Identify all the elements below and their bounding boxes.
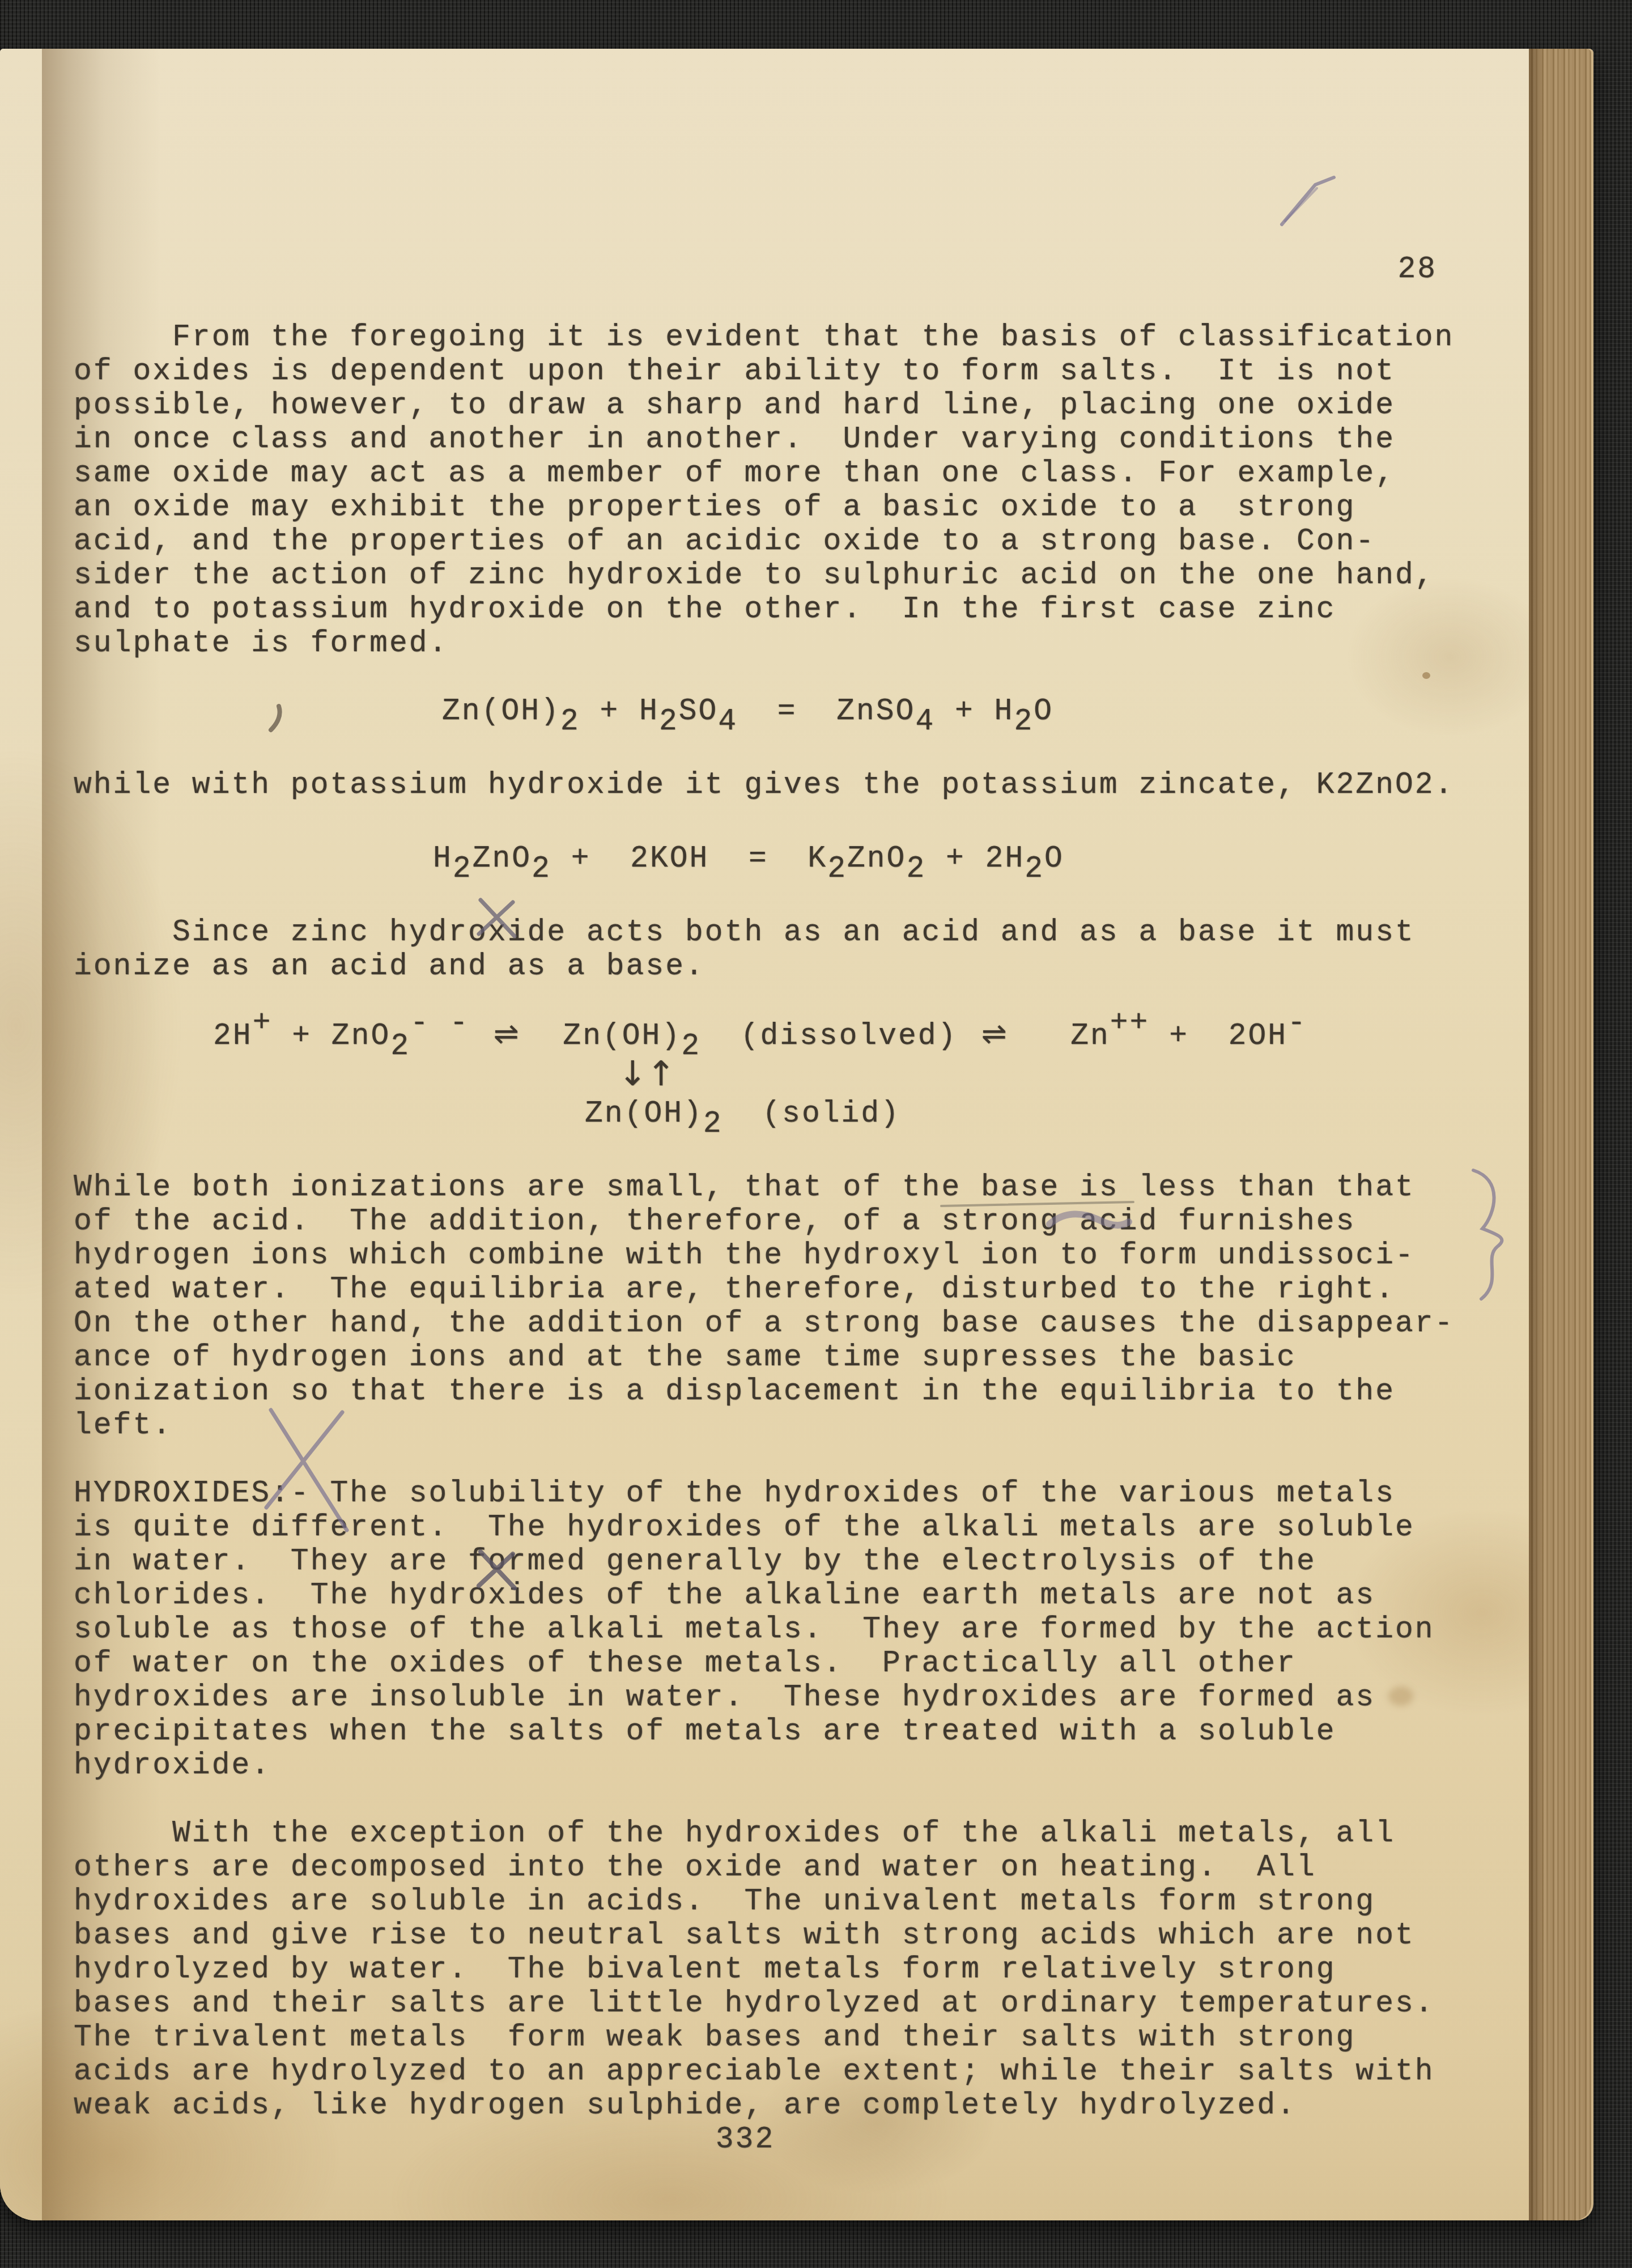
text-line: While both ionizations are small, that o… xyxy=(74,1170,1513,1204)
text-line: HYDROXIDES:- The solubility of the hydro… xyxy=(74,1476,1513,1510)
equation-text: + 2KOH = K xyxy=(551,842,827,876)
subscript: 2 xyxy=(1014,704,1034,738)
equation-text: + 2OH xyxy=(1149,1019,1287,1053)
text-line: possible, however, to draw a sharp and h… xyxy=(74,388,1513,422)
page-number-top: 28 xyxy=(74,252,1513,286)
vertical-equilibrium-arrows-icon: ↓↑ xyxy=(618,1057,1513,1097)
subscript: 4 xyxy=(915,704,935,738)
equation-text: = ZnSO xyxy=(738,694,915,728)
equation-text: H xyxy=(433,842,453,876)
equilibrium-arrow-icon: ⇌ xyxy=(489,1017,523,1051)
text-line: of oxides is dependent upon their abilit… xyxy=(74,354,1513,388)
page-number-bottom: 332 xyxy=(74,2122,1513,2156)
subscript: 2 xyxy=(703,1107,723,1141)
text-line: and to potassium hydroxide on the other.… xyxy=(74,592,1513,626)
subscript: 2 xyxy=(560,704,580,738)
photograph-backdrop: { "page": { "page_number_top": "28", "pa… xyxy=(0,0,1632,2268)
zincate-sentence: while with potassium hydroxide it gives … xyxy=(74,768,1513,808)
text-line: is quite different. The hydroxides of th… xyxy=(74,1510,1513,1544)
previous-page-edge xyxy=(0,49,42,2220)
superscript: ++ xyxy=(1110,1006,1150,1040)
equation-text: Zn(OH) xyxy=(442,694,560,728)
text-line: Since zinc hydroxide acts both as an aci… xyxy=(74,915,1513,949)
paragraph-ionizations: While both ionizations are small, that o… xyxy=(74,1170,1513,1442)
text-line: same oxide may act as a member of more t… xyxy=(74,456,1513,490)
text-line: acid, and the properties of an acidic ox… xyxy=(74,524,1513,558)
equation-text: . xyxy=(1435,768,1455,802)
text-line: hydrolyzed by water. The bivalent metals… xyxy=(74,1952,1513,1986)
subscript: 2 xyxy=(532,852,551,886)
equation-text: + H xyxy=(935,694,1014,728)
equation-text: ZnO xyxy=(1355,768,1414,802)
text-line: hydrogen ions which combine with the hyd… xyxy=(74,1238,1513,1272)
equation-text: (solid) xyxy=(723,1097,900,1131)
book-page: 28 From the foregoing it is evident that… xyxy=(0,49,1593,2220)
equation-potassium-zincate: H2ZnO2 + 2KOH = K2ZnO2 + 2H2O xyxy=(433,842,1513,881)
text-line: weak acids, like hydrogen sulphide, are … xyxy=(74,2088,1513,2122)
equation-text xyxy=(470,1019,490,1053)
subscript: 2 xyxy=(1336,768,1356,802)
text-line: From the foregoing it is evident that th… xyxy=(74,320,1513,354)
text-line: chlorides. The hydroxides of the alkalin… xyxy=(74,1578,1513,1612)
text-line: an oxide may exhibit the properties of a… xyxy=(74,490,1513,524)
text-line: ated water. The equilibria are, therefor… xyxy=(74,1272,1513,1306)
equation-text: 2H xyxy=(213,1019,253,1053)
subscript: 2 xyxy=(1415,768,1435,802)
text-line: ance of hydrogen ions and at the same ti… xyxy=(74,1340,1513,1374)
equation-text: Zn xyxy=(1011,1019,1110,1053)
superscript: - xyxy=(1287,1006,1307,1040)
text-line: hydroxide. xyxy=(74,1748,1513,1782)
text-line: of water on the oxides of these metals. … xyxy=(74,1646,1513,1680)
equation-ionization-row1: 2H+ + ZnO2- - ⇌ Zn(OH)2 (dissolved) ⇌ Zn… xyxy=(213,1017,1513,1057)
text-line: soluble as those of the alkali metals. T… xyxy=(74,1612,1513,1646)
text-line: The trivalent metals form weak bases and… xyxy=(74,2020,1513,2054)
text-line: others are decomposed into the oxide and… xyxy=(74,1850,1513,1884)
text-line: With the exception of the hydroxides of … xyxy=(74,1816,1513,1850)
text-line: left. xyxy=(74,1408,1513,1442)
text-line: acids are hydrolyzed to an appreciable e… xyxy=(74,2054,1513,2088)
equation-ionization-row2: Zn(OH)2 (solid) xyxy=(585,1097,1513,1136)
paragraph-hydroxides: HYDROXIDES:- The solubility of the hydro… xyxy=(74,1476,1513,1782)
subscript: 2 xyxy=(453,852,473,886)
paragraph-classification: From the foregoing it is evident that th… xyxy=(74,320,1513,660)
text-line: ionize as an acid and as a base. xyxy=(74,949,1513,983)
text-line: in once class and another in another. Un… xyxy=(74,422,1513,456)
book-fore-edge xyxy=(1529,49,1593,2220)
equilibrium-arrow-icon: ⇌ xyxy=(977,1017,1011,1051)
superscript: + xyxy=(253,1006,273,1040)
subscript: 2 xyxy=(659,704,679,738)
equation-text: SO xyxy=(679,694,719,728)
equation-zinc-sulphate: Zn(OH)2 + H2SO4 = ZnSO4 + H2O xyxy=(442,694,1513,734)
text-line: of the acid. The addition, therefore, of… xyxy=(74,1204,1513,1238)
text-line: precipitates when the salts of metals ar… xyxy=(74,1714,1513,1748)
equation-text: while with potassium hydroxide it gives … xyxy=(74,768,1336,802)
text-line: bases and give rise to neutral salts wit… xyxy=(74,1918,1513,1952)
text-line: ionization so that there is a displaceme… xyxy=(74,1374,1513,1408)
text-line: sider the action of zinc hydroxide to su… xyxy=(74,558,1513,592)
paragraph-decomposition: With the exception of the hydroxides of … xyxy=(74,1816,1513,2122)
text-line: On the other hand, the addition of a str… xyxy=(74,1306,1513,1340)
equation-text: Zn(OH) xyxy=(585,1097,703,1131)
equation-text: O xyxy=(1044,842,1064,876)
text-line: hydroxides are soluble in acids. The uni… xyxy=(74,1884,1513,1918)
equation-text: + ZnO xyxy=(272,1019,390,1053)
superscript: - - xyxy=(410,1006,469,1040)
subscript: 2 xyxy=(906,852,926,886)
subscript: 2 xyxy=(681,1029,701,1063)
paragraph-since-zinc: Since zinc hydroxide acts both as an aci… xyxy=(74,915,1513,983)
text-line: bases and their salts are little hydroly… xyxy=(74,1986,1513,2020)
typewritten-text: 28 From the foregoing it is evident that… xyxy=(74,252,1513,2156)
equation-text: + 2H xyxy=(926,842,1025,876)
subscript: 2 xyxy=(827,852,847,886)
equation-text: ZnO xyxy=(473,842,532,876)
subscript: 2 xyxy=(390,1029,410,1063)
equation-text: (dissolved) xyxy=(701,1019,977,1053)
text-line: sulphate is formed. xyxy=(74,626,1513,660)
equation-text: ZnO xyxy=(847,842,906,876)
text-line: in water. They are formed generally by t… xyxy=(74,1544,1513,1578)
equation-text: O xyxy=(1034,694,1053,728)
subscript: 4 xyxy=(718,704,738,738)
equation-text: + H xyxy=(580,694,659,728)
equation-text: Zn(OH) xyxy=(524,1019,681,1053)
text-line: hydroxides are insoluble in water. These… xyxy=(74,1680,1513,1714)
subscript: 2 xyxy=(1025,852,1044,886)
